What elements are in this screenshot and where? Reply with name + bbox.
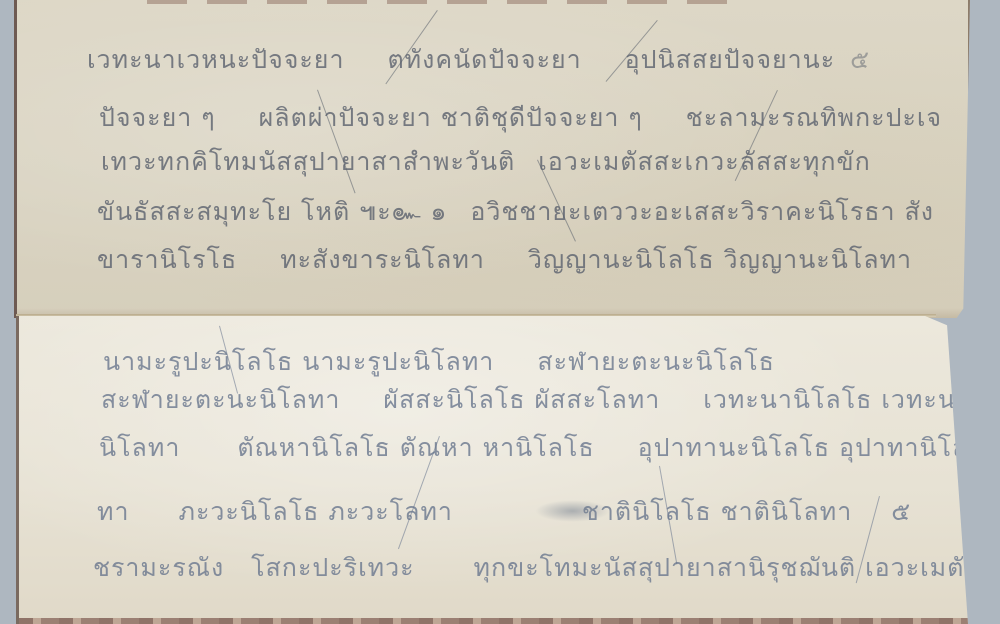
manuscript-bottom-page: นามะรูปะนิโลโธ นามะรูปะนิโลทา สะฬายะตะนะ… [16,316,968,624]
text-segment: ทา [97,492,130,532]
text-segment: สะฬายะตะนะนิโลทา [101,380,340,420]
page-number-mark: ๕ [850,40,870,80]
manuscript-top-page: เวทะนาเวหนะปัจจะยา ตทังคนัดปัจจะยา อุปนิ… [14,0,970,318]
text-segment: อุปนิสสยปัจจยานะ [625,40,836,80]
manuscript-line: เทวะทกคิโทมนัสสุปายาสาสำพะวันติ เอวะเมตั… [101,142,905,182]
manuscript-line: นิโลทา ตัณหานิโลโธ ตัณหา หานิโลโธ อุปาทา… [99,428,1000,468]
eraser-smudge [535,500,610,522]
manuscript-line: เวทะนาเวหนะปัจจะยา ตทังคนัดปัจจะยา อุปนิ… [87,40,904,80]
text-segment: โสกะปะริเทวะ [251,548,414,588]
text-segment: อุปาทานะนิโลโธ อุปาทานิโล [638,428,969,468]
text-segment: เทวะทกคิโทมนัสสุปายาสาสำพะวันติ [101,142,515,182]
text-segment: ปัจจะยา ๆ [99,98,216,138]
text-segment: ขารานิโรโธ [97,240,237,280]
text-segment: ทุกขะโทมะนัสสุปายาสานิรุชฌันติ เอวะเมตัส… [474,548,1000,588]
manuscript-line: นามะรูปะนิโลโธ นามะรูปะนิโลทา สะฬายะตะนะ… [103,342,809,382]
text-segment: ชาตินิโลโธ ชาตินิโลทา [582,492,852,532]
text-segment: ขันธัสสะสมุทะโย โหติ ๚ะ๛ ๑ [97,192,447,232]
text-segment: นามะรูปะนิโลโธ นามะรูปะนิโลทา [103,342,494,382]
page-top-edge [147,0,747,4]
text-segment: อวิชชายะเตววะอะเสสะวิราคะนิโรธา สัง [470,192,934,232]
page-number-mark: ๕ [891,492,911,532]
text-segment: วิญญานะนิโลโธ วิญญานะนิโลทา [528,240,912,280]
text-segment: ชรามะรณัง [93,548,224,588]
text-segment: ตัณหานิโลโธ ตัณหา หานิโลโธ [237,428,594,468]
text-segment: นิโลทา [99,428,180,468]
text-segment: ผัสสะนิโลโธ ผัสสะโลทา [383,380,660,420]
manuscript-line: ปัจจะยา ๆ ผลิตผ่าปัจจะยา ชาติชุดีปัจจะยา… [99,98,976,138]
text-segment: เวทะนาเวหนะปัจจะยา [87,40,344,80]
text-segment: ชะลามะรณทิพกะปะเจ [686,98,942,138]
text-segment: เวทะนานิโลโธ เวทะนะ [703,380,970,420]
text-segment: สะฬายะตะนะนิโลโธ [537,342,775,382]
text-segment: ตทังคนัดปัจจะยา [387,40,581,80]
text-segment: เอวะเมตัสสะเกวะลัสสะทุกขัก [538,142,871,182]
text-segment: ทะสังขาระนิโลทา [280,240,485,280]
manuscript-line: ทา ภะวะนิโลโธ ภะวะโลทา ชาตินิโลโธ ชาตินิ… [97,492,945,532]
manuscript-line: ขารานิโรโธ ทะสังขาระนิโลทา วิญญานะนิโลโธ… [97,240,946,280]
text-segment: ผลิตผ่าปัจจะยา ชาติชุดีปัจจะยา ๆ [259,98,643,138]
manuscript-line: ขันธัสสะสมุทะโย โหติ ๚ะ๛ ๑ อวิชชายะเตววะ… [97,192,968,232]
